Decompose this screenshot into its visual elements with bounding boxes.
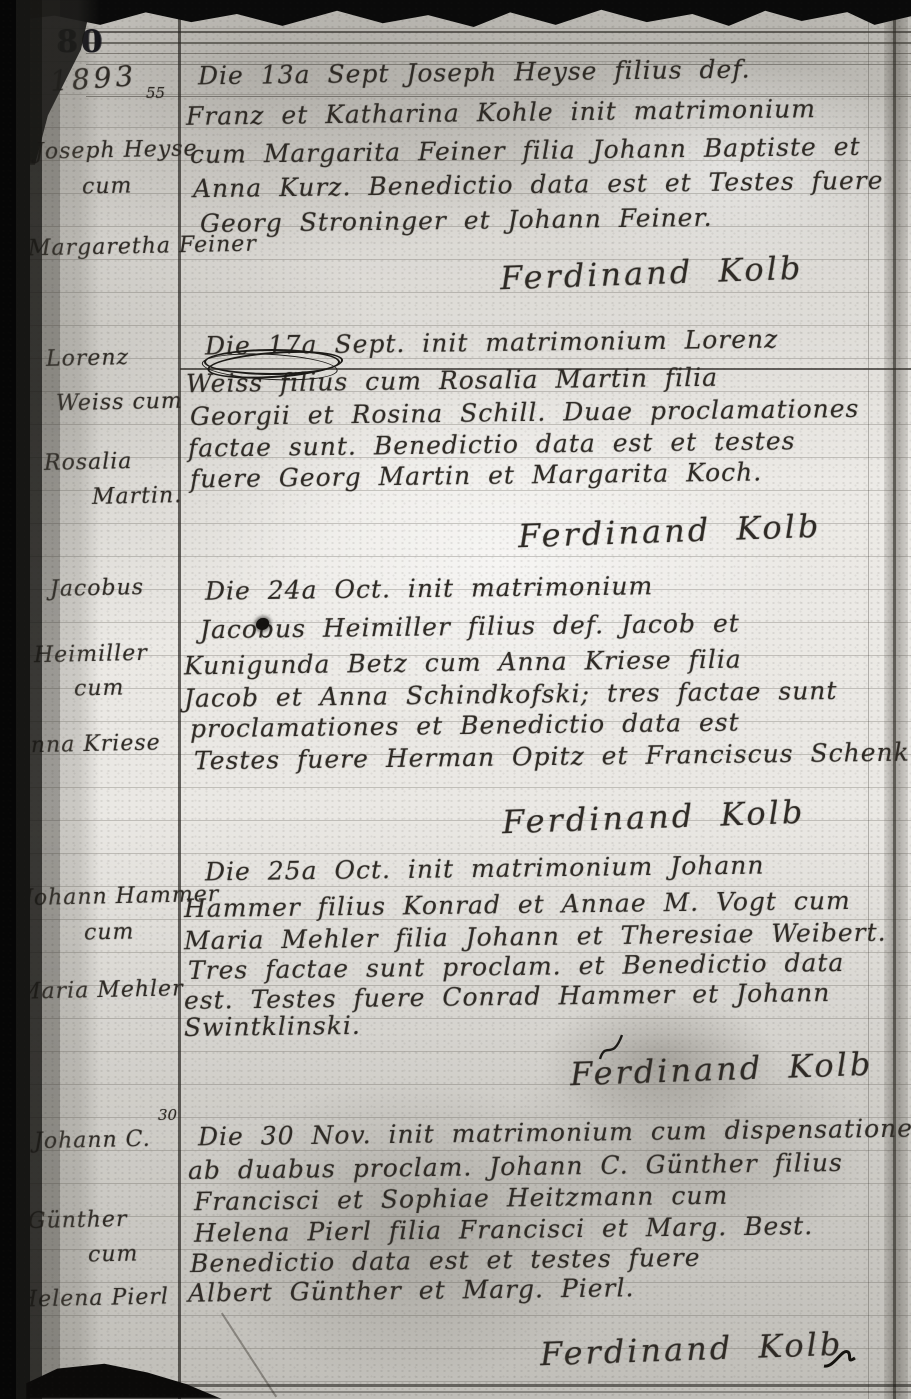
ruled-line-dark — [86, 31, 911, 33]
entry-number-label: 30 — [158, 1106, 177, 1124]
scan-left-edge — [0, 0, 100, 1399]
margin-name-line: Martin. — [92, 483, 183, 510]
pen-flourish-icon — [596, 1032, 626, 1062]
register-page: 80 1893 55 Joseph Heyse cum Margaretha F… — [0, 0, 911, 1399]
ruled-line-dark — [86, 42, 911, 44]
ruled-line-dark — [86, 53, 911, 54]
scan-top-edge — [0, 0, 911, 27]
column-divider-line — [178, 0, 181, 1399]
right-edge-shading — [884, 0, 908, 1399]
pen-flourish-icon — [822, 1344, 858, 1370]
right-margin-line — [868, 0, 869, 1399]
entry-text-line: Die 24a Oct. init matrimonium — [205, 571, 654, 605]
entry-text-line: Swintklinski. — [184, 1011, 361, 1042]
entry-text-line: Albert Günther et Marg. Pierl. — [188, 1273, 635, 1307]
entry-number-label: 55 — [146, 84, 165, 102]
strikethrough-scribble — [204, 349, 340, 375]
